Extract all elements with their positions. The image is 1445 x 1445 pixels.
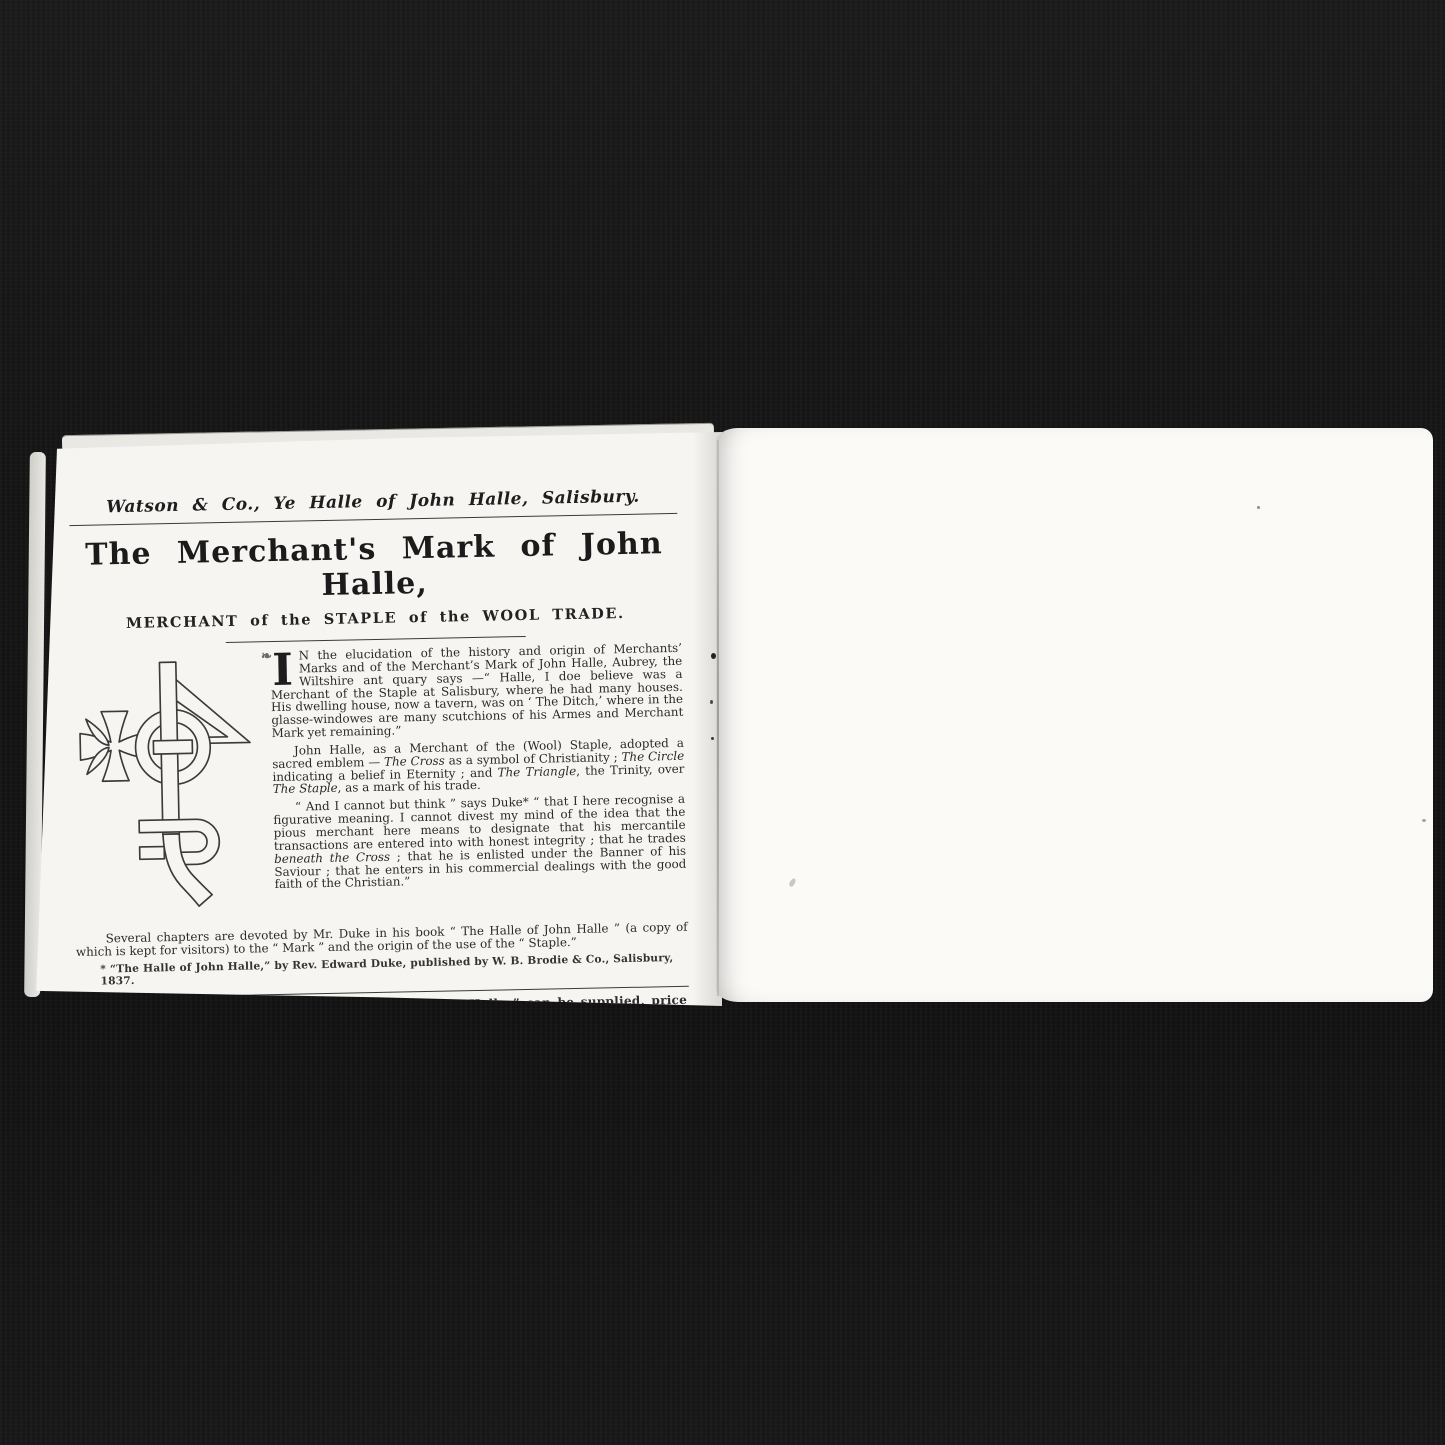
left-page: Watson & Co., Ye Halle of John Halle, Sa… bbox=[30, 432, 722, 1010]
body-text-column: IN the elucidation of the history and or… bbox=[270, 640, 687, 926]
page-subtitle: MERCHANT of the STAPLE of the WOOL TRADE… bbox=[69, 604, 681, 633]
right-page-blank bbox=[716, 428, 1433, 1002]
paragraph-3: “ And I cannot but think ” says Duke* “ … bbox=[273, 793, 687, 891]
paragraph-1: IN the elucidation of the history and or… bbox=[270, 642, 684, 740]
masthead: Watson & Co., Ye Halle of John Halle, Sa… bbox=[67, 486, 679, 518]
spine-fold-line bbox=[717, 440, 719, 996]
open-booklet: Watson & Co., Ye Halle of John Halle, Sa… bbox=[0, 0, 1445, 1445]
spine-staple-mark bbox=[710, 700, 713, 704]
spine-staple-mark bbox=[711, 737, 714, 740]
paper-speck bbox=[1257, 506, 1260, 509]
page-footer: Various PICTURE POST CARDS of “ Ye Halle… bbox=[77, 993, 689, 1033]
figure-and-text-row: IN the elucidation of the history and or… bbox=[70, 640, 687, 930]
page-title: The Merchant's Mark of John Halle, bbox=[68, 526, 681, 608]
drop-cap-initial: I bbox=[270, 650, 299, 689]
merchants-mark-drawing bbox=[70, 654, 275, 926]
paper-speck bbox=[1422, 819, 1426, 822]
footnote: * “The Halle of John Halle,” by Rev. Edw… bbox=[100, 952, 688, 988]
paragraph-2: John Halle, as a Merchant of the (Wool) … bbox=[272, 737, 685, 797]
spine-staple-mark bbox=[711, 653, 716, 659]
merchants-mark-figure bbox=[70, 648, 276, 930]
rule-under-subtitle bbox=[226, 636, 526, 643]
left-page-content: Watson & Co., Ye Halle of John Halle, Sa… bbox=[66, 446, 689, 1033]
staff-tail-shape bbox=[163, 833, 213, 907]
